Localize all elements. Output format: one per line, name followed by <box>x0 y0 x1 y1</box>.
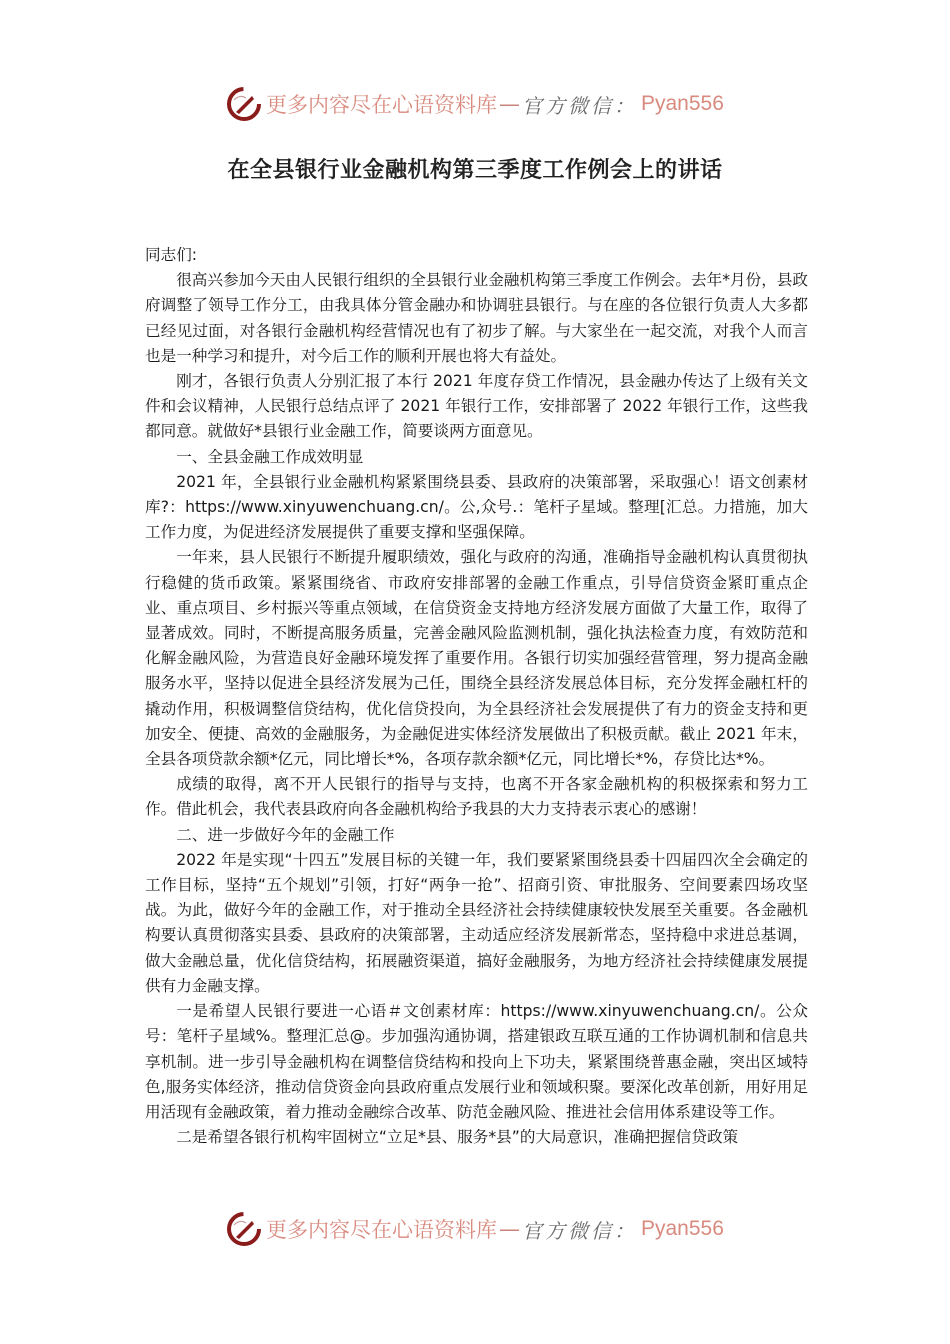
section-heading: 二、进一步做好今年的金融工作 <box>145 823 808 848</box>
paragraph: 一年来，县人民银行不断提升履职绩效，强化与政府的沟通，准确指导金融机构认真贯彻执… <box>145 545 808 772</box>
watermark-dash: — <box>499 1217 520 1241</box>
watermark-footer: 更多内容尽在心语资料库 — 官方微信： Pyan556 <box>226 1209 724 1249</box>
watermark-official-label: 官方微信： <box>522 1215 637 1244</box>
quill-pen-logo-icon <box>226 1211 262 1247</box>
paragraph: 二是希望各银行机构牢固树立“立足*县、服务*县”的大局意识，准确把握信贷政策 <box>145 1125 808 1150</box>
paragraph: 2021 年，全县银行业金融机构紧紧围绕县委、县政府的决策部署，采取强心！语文创… <box>145 470 808 546</box>
paragraph: 成绩的取得，离不开人民银行的指导与支持，也离不开各家金融机构的积极探索和努力工作… <box>145 772 808 822</box>
section-heading: 一、全县金融工作成效明显 <box>145 445 808 470</box>
watermark-header: 更多内容尽在心语资料库 — 官方微信： Pyan556 <box>226 84 724 124</box>
watermark-dash: — <box>499 92 520 116</box>
watermark-official-label: 官方微信： <box>522 90 637 119</box>
document-title: 在全县银行业金融机构第三季度工作例会上的讲话 <box>0 153 950 184</box>
quill-pen-logo-icon <box>226 86 262 122</box>
paragraph: 很高兴参加今天由人民银行组织的全县银行业金融机构第三季度工作例会。去年*月份，县… <box>145 268 808 369</box>
watermark-brand-text: 更多内容尽在心语资料库 <box>266 1214 497 1244</box>
watermark-wechat-id: Pyan556 <box>641 92 724 116</box>
document-body: 同志们: 很高兴参加今天由人民银行组织的全县银行业金融机构第三季度工作例会。去年… <box>145 243 808 1150</box>
paragraph: 2022 年是实现“十四五”发展目标的关键一年，我们要紧紧围绕县委十四届四次全会… <box>145 848 808 999</box>
paragraph: 刚才，各银行负责人分别汇报了本行 2021 年度存贷工作情况，县金融办传达了上级… <box>145 369 808 445</box>
paragraph: 一是希望人民银行要进一心语＃文创素材库：https://www.xinyuwen… <box>145 999 808 1125</box>
watermark-brand-text: 更多内容尽在心语资料库 <box>266 89 497 119</box>
salutation: 同志们: <box>145 243 808 268</box>
watermark-wechat-id: Pyan556 <box>641 1217 724 1241</box>
